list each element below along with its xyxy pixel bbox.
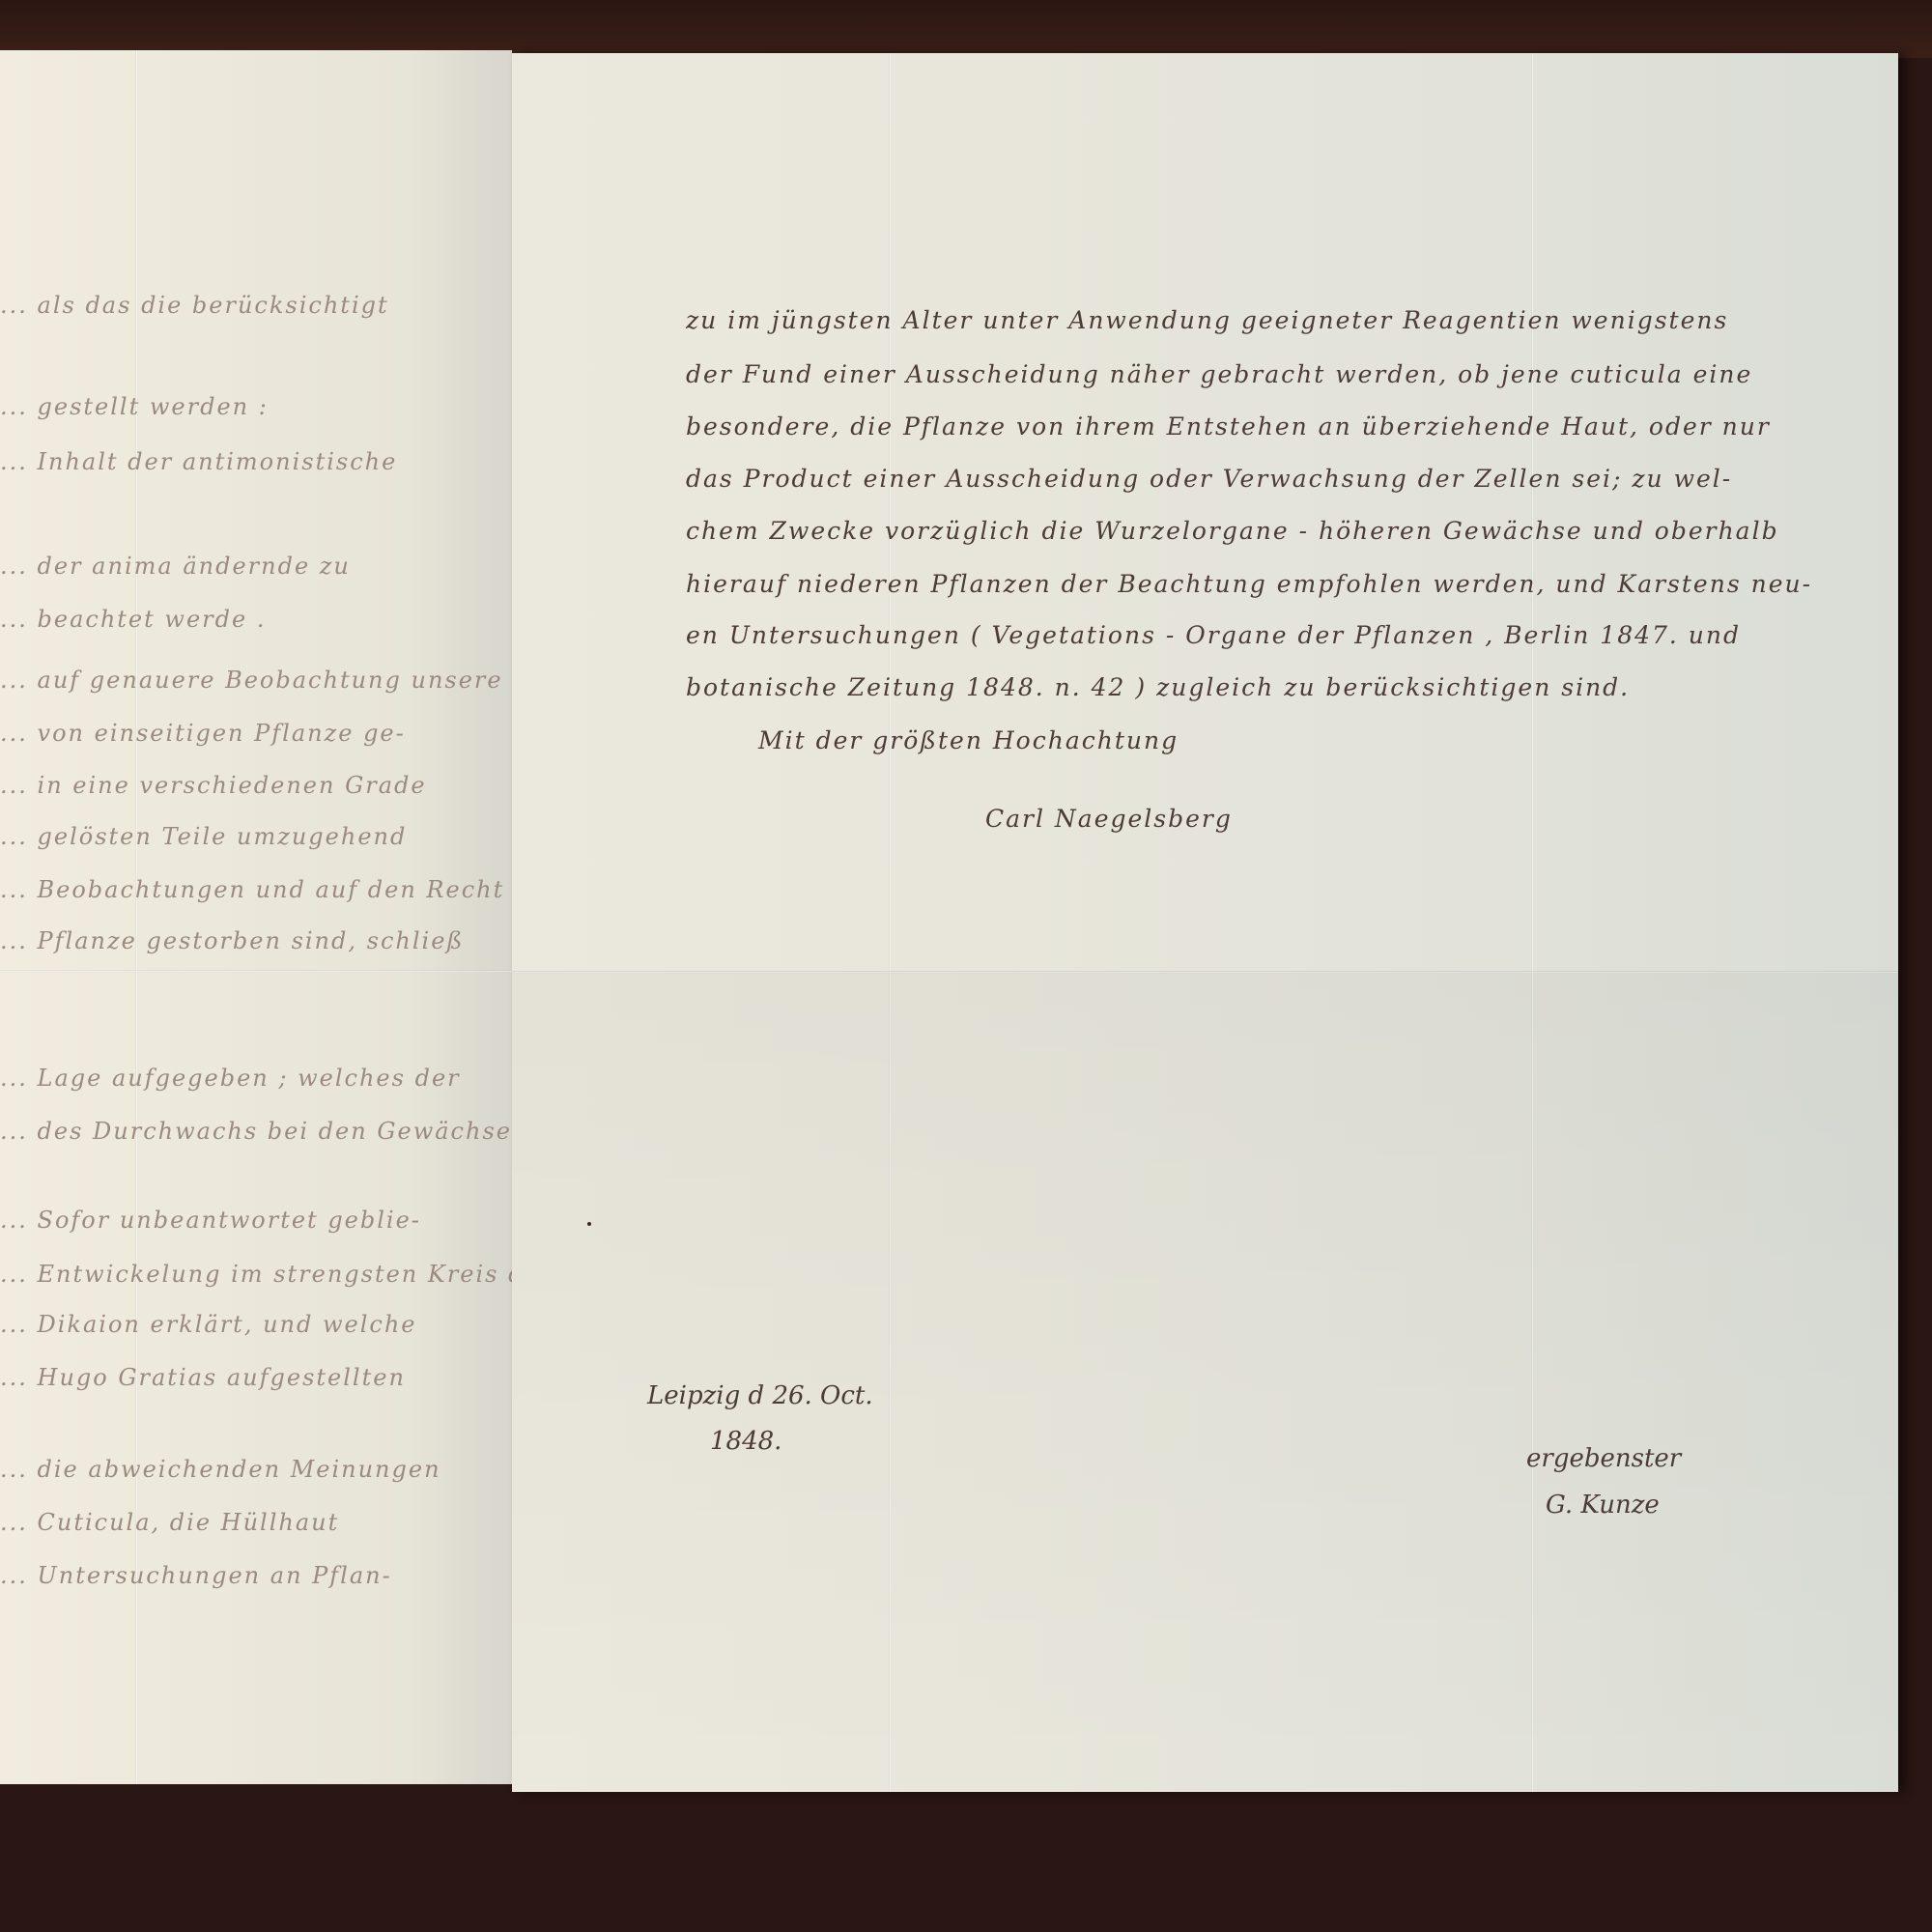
body-line: besondere, die Pflanze von ihrem Entsteh… [686, 412, 1771, 440]
body-line: der Fund einer Ausscheidung näher gebrac… [686, 360, 1752, 388]
left-line: ... Beobachtungen und auf den Recht [0, 876, 504, 903]
signature-salutation: ergebenster [1526, 1444, 1681, 1473]
dark-background [0, 0, 1932, 58]
left-line: ... Lage aufgegeben ; welches der [0, 1065, 461, 1092]
body-line: hierauf niederen Pflanzen der Beachtung … [686, 570, 1812, 598]
left-line: ... Inhalt der antimonistische [0, 448, 397, 475]
closing-signature: Carl Naegelsberg [985, 805, 1233, 833]
body-line: botanische Zeitung 1848. n. 42 ) zugleic… [686, 673, 1630, 701]
left-line: ... die abweichenden Meinungen [0, 1456, 441, 1483]
left-line: ... Entwickelung im strengsten Kreis der [0, 1261, 554, 1288]
left-line: ... Hugo Gratias aufgestellten [0, 1364, 406, 1391]
signature-name: G. Kunze [1546, 1491, 1660, 1520]
place-date: Leipzig d 26. Oct. [647, 1381, 873, 1410]
body-line: en Untersuchungen ( Vegetations - Organe… [686, 621, 1741, 649]
body-line: chem Zwecke vorzüglich die Wurzelorgane … [686, 517, 1779, 545]
left-line: ... des Durchwachs bei den Gewächsen [0, 1118, 528, 1145]
body-line: das Product einer Ausscheidung oder Verw… [686, 465, 1732, 493]
left-line: ... als das die berücksichtigt [0, 292, 389, 319]
left-line: ... Sofor unbeantwortet geblie- [0, 1207, 421, 1234]
closing-phrase: Mit der größten Hochachtung [758, 726, 1179, 754]
ink-spot [587, 1222, 591, 1226]
left-line: ... Dikaion erklärt, und welche [0, 1311, 417, 1338]
left-line: ... gestellt werden : [0, 393, 269, 420]
left-line: ... in eine verschiedenen Grade [0, 772, 427, 799]
main-page: zu im jüngsten Alter unter Anwendung gee… [512, 53, 1898, 1792]
horizontal-fold [0, 970, 512, 973]
left-page: ... als das die berücksichtigt ... geste… [0, 50, 512, 1784]
body-line: zu im jüngsten Alter unter Anwendung gee… [686, 306, 1728, 334]
left-line: ... Cuticula, die Hüllhaut [0, 1509, 339, 1536]
left-line: ... gelösten Teile umzugehend [0, 823, 407, 850]
date-year: 1848. [710, 1427, 781, 1456]
left-line: ... Pflanze gestorben sind, schließ [0, 927, 464, 954]
left-line: ... beachtet werde . [0, 606, 266, 633]
left-line: ... der anima ändernde zu [0, 553, 351, 580]
left-line: ... Untersuchungen an Pflan- [0, 1562, 392, 1589]
left-line: ... von einseitigen Pflanze ge- [0, 720, 406, 747]
left-line: ... auf genauere Beobachtung unsere [0, 667, 503, 694]
